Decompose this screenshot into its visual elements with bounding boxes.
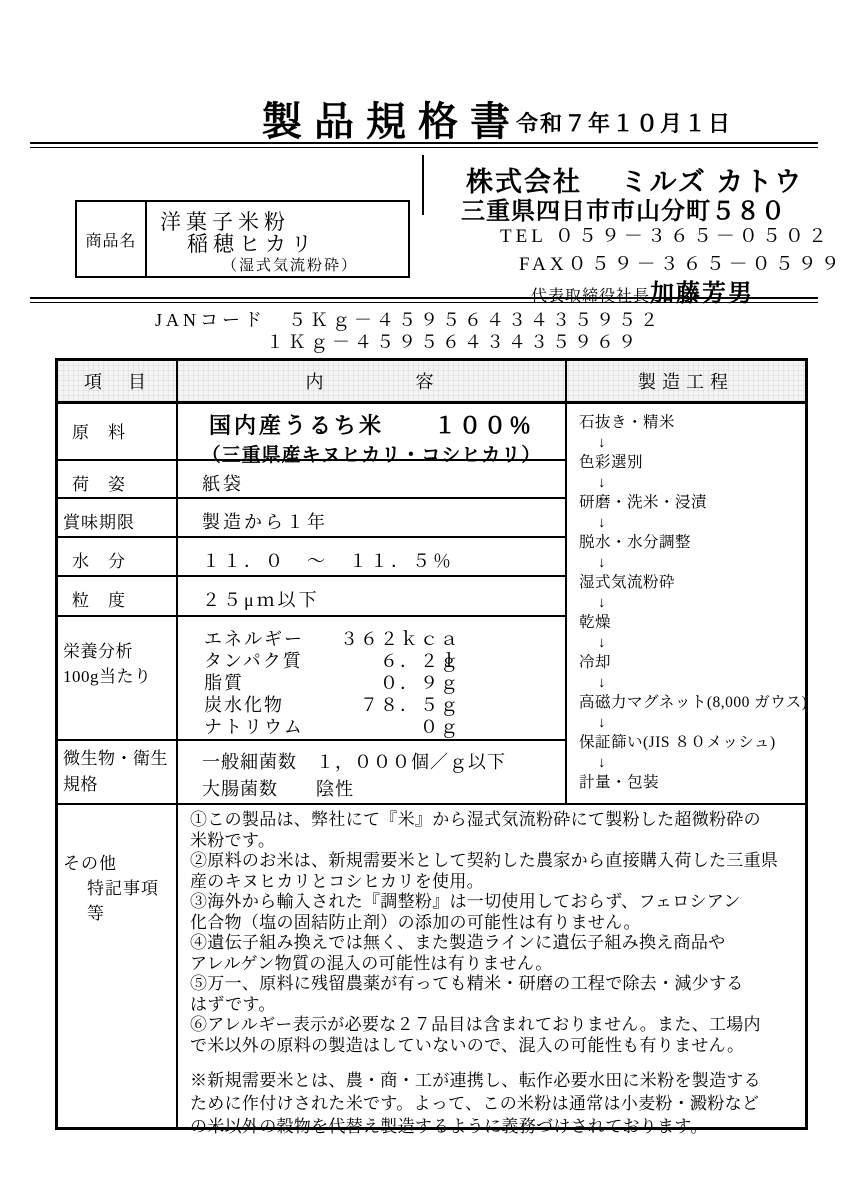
process-arrow-icon: ↓ [567,553,805,573]
nutrition-row-protein: タンパク質 ６．２ｇ [204,650,460,672]
table-row-microbial: 微生物・衛生 規格 一般細菌数 １，０００個／ｇ以下 大腸菌数 陰性 [58,741,567,805]
table-row-nutrition: 栄養分析 100g当たり エネルギー ３６２ｋｃａｌ タンパク質 ６．２ｇ 脂質… [58,617,567,741]
packaging-value: 紙袋 [178,461,567,497]
process-arrow-icon: ↓ [567,753,805,773]
note-paragraph: ②原料のお米は、新規需要米として契約した農家から直接購入荷した三重県 産のキヌヒ… [190,851,789,892]
process-step: 乾燥 [567,613,805,633]
note-paragraph: ④遺伝子組み換えでは無く、また製造ラインに遺伝子組み換え商品や アレルゲン物質の… [190,933,789,974]
nutrition-row-carbohydrate: 炭水化物 ７８．５ｇ [204,694,460,716]
packaging-label: 荷 姿 [58,461,178,497]
raw-material-label: 原 料 [58,404,178,459]
process-arrow-icon: ↓ [567,633,805,653]
process-arrow-icon: ↓ [567,673,805,693]
page-title: 製品規格書 [262,90,522,147]
nutrition-item-value: ６．２ｇ [326,650,460,672]
process-step: 計量・包装 [567,773,805,793]
process-step: 湿式気流粉砕 [567,573,805,593]
particle-size-label: 粒 度 [58,577,178,615]
process-arrow-icon: ↓ [567,473,805,493]
nutrition-label-line2: 100g当たり [63,664,176,689]
moisture-label: 水 分 [58,538,178,575]
spec-table: 項 目 内 容 製造工程 原 料 国内産うるち米 １００％ （三重県産キヌヒカリ… [55,358,808,1130]
nutrition-label: 栄養分析 100g当たり [58,617,178,739]
table-row-other-notes: その他 特記事項等 ①この製品は、弊社にて『米』から湿式気流粉砕にて製粉した超微… [58,805,805,1127]
nutrition-item-label: 脂質 [204,672,326,694]
microbial-value: 一般細菌数 １，０００個／ｇ以下 大腸菌数 陰性 [178,741,567,803]
nutrition-item-label: エネルギー [204,628,326,650]
other-label-line1: その他 [63,851,176,876]
header-content: 内 容 [178,361,567,401]
particle-size-value: ２５μｍ以下 [178,577,567,615]
other-notes-label: その他 特記事項等 [58,805,178,1127]
nutrition-row-fat: 脂質 ０．９ｇ [204,672,460,694]
microbial-label: 微生物・衛生 規格 [58,741,178,803]
process-arrow-icon: ↓ [567,713,805,733]
note-paragraph: ①この製品は、弊社にて『米』から湿式気流粉砕にて製粉した超微粉砕の 米粉です。 [190,810,789,851]
nutrition-row-energy: エネルギー ３６２ｋｃａｌ [204,628,460,650]
table-row-packaging: 荷 姿 紙袋 [58,461,567,499]
nutrition-item-value: ０．９ｇ [326,672,460,694]
nutrition-label-line1: 栄養分析 [63,639,176,664]
moisture-value: １１．０ ～ １１．５％ [178,538,567,575]
note-paragraph: ⑥アレルギー表示が必要な２７品目は含まれておりません。また、工場内 で米以外の原… [190,1015,789,1056]
spec-sheet-document: { "doc": { "title": "製品規格書", "date": "令和… [0,0,849,1200]
nutrition-item-label: タンパク質 [204,650,326,672]
issue-date: 令和７年１０月１日 [516,107,732,138]
nutrition-item-value: ０ｇ [326,716,460,738]
table-row-shelf-life: 賞味期限 製造から１年 [58,499,567,538]
nutrition-item-value: ７８．５ｇ [326,694,460,716]
process-step: 脱水・水分調整 [567,533,805,553]
process-step: 高磁力マグネット(8,000 ガウス) [567,693,805,713]
raw-material-value: 国内産うるち米 １００％ （三重県産キヌヒカリ・コシヒカリ） [178,404,567,459]
process-arrow-icon: ↓ [567,593,805,613]
process-step: 色彩選別 [567,453,805,473]
header-process: 製造工程 [567,361,805,401]
process-step: 石抜き・精米 [567,413,805,433]
jan-divider-rule [30,297,818,303]
process-arrow-icon: ↓ [567,433,805,453]
shelf-life-value: 製造から１年 [178,499,567,536]
product-milling-method: （湿式気流粉砕） [222,254,358,275]
company-fax: FAX０５９－３６５－０５９９ [519,249,844,276]
process-step: 研磨・洗米・浸漬 [567,493,805,513]
raw-material-line1: 国内産うるち米 １００％ [178,409,565,440]
product-name-content: 洋菓子米粉 稲穂ヒカリ （湿式気流粉砕） [147,202,408,276]
process-arrow-icon: ↓ [567,513,805,533]
product-name-label: 商品名 [77,202,147,276]
notes-list: ①この製品は、弊社にて『米』から湿式気流粉砕にて製粉した超微粉砕の 米粉です。②… [190,810,789,1056]
nutrition-row-sodium: ナトリウム ０ｇ [204,716,460,738]
header-item: 項 目 [58,361,178,401]
note-paragraph: ③海外から輸入された『調整粉』は一切使用しておらず、フェロシアン 化合物（塩の固… [190,892,789,933]
note-paragraph: ⑤万一、原料に残留農薬が有っても精米・研磨の工程で除去・減少する はずです。 [190,974,789,1015]
microbial-label-line1: 微生物・衛生 [63,746,176,772]
nutrition-item-label: ナトリウム [204,716,326,738]
microbial-label-line2: 規格 [63,772,176,798]
table-header-row: 項 目 内 容 製造工程 [58,361,805,404]
process-step: 保証篩い(JIS ８０メッシュ) [567,733,805,753]
table-row-raw-material: 原 料 国内産うるち米 １００％ （三重県産キヌヒカリ・コシヒカリ） [58,404,567,461]
title-divider-rule [30,142,818,148]
other-label-line2: 特記事項等 [87,876,176,926]
company-divider-line [422,155,424,215]
other-notes-value: ①この製品は、弊社にて『米』から湿式気流粉砕にて製粉した超微粉砕の 米粉です。②… [178,805,805,1127]
process-flow: 石抜き・精米↓色彩選別↓研磨・洗米・浸漬↓脱水・水分調整↓湿式気流粉砕↓乾燥↓冷… [567,404,805,805]
shelf-life-label: 賞味期限 [58,499,178,536]
product-name-box: 商品名 洋菓子米粉 稲穂ヒカリ （湿式気流粉砕） [75,200,410,278]
table-row-moisture: 水 分 １１．０ ～ １１．５％ [58,538,567,577]
nutrition-item-value: ３６２ｋｃａｌ [326,628,460,650]
nutrition-values: エネルギー ３６２ｋｃａｌ タンパク質 ６．２ｇ 脂質 ０．９ｇ 炭水化物 ７８… [178,617,567,739]
note-extra-paragraph: ※新規需要米とは、農・商・工が連携し、転作必要水田に米粉を製造する ために作付け… [190,1069,789,1138]
process-step: 冷却 [567,653,805,673]
company-tel: TEL ０５９－３６５－０５０２ [500,221,831,248]
jan-code-1kg: １Ｋｇ－４５９５６４３４３５９６９ [266,328,640,354]
table-row-particle-size: 粒 度 ２５μｍ以下 [58,577,567,617]
nutrition-item-label: 炭水化物 [204,694,326,716]
